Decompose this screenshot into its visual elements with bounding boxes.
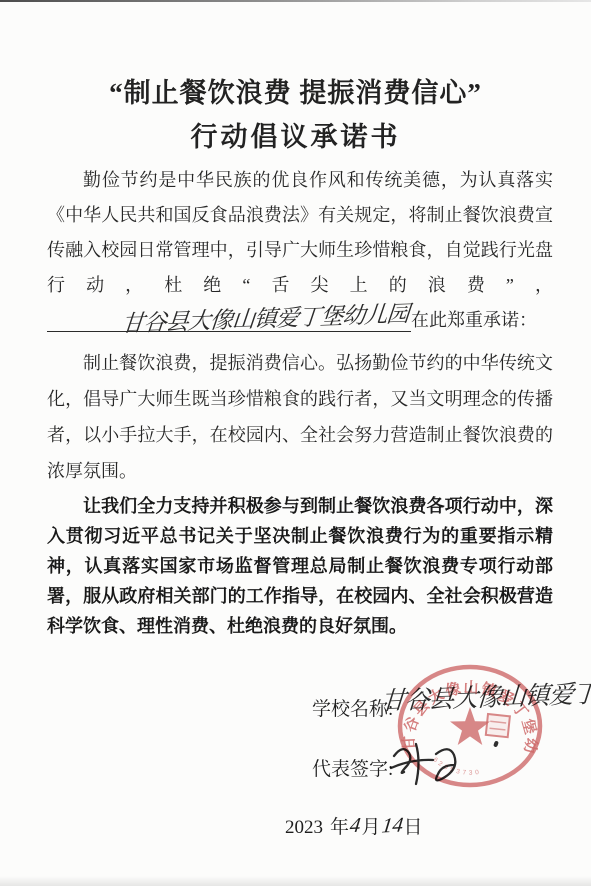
- title-line1: “制止餐饮浪费 提振消费信心”: [0, 74, 591, 112]
- seal-square-mark: [486, 714, 510, 737]
- paragraph-commitment: 制止餐饮浪费，提振消费信心。弘扬勤俭节约的中华传统文化，倡导广大师生既当珍惜粮食…: [47, 345, 553, 489]
- date-year-unit: 年: [330, 817, 349, 838]
- scan-edge-artifact-top: [0, 0, 591, 2]
- scanned-commitment-letter-page: “制止餐饮浪费 提振消费信心” 行动倡议承诺书 勤俭节约是中华民族的优良作风和传…: [0, 0, 591, 886]
- title-line2: 行动倡议承诺书: [0, 118, 591, 156]
- representative-signature-handwriting: [388, 738, 476, 790]
- scan-edge-artifact-bottom: [0, 876, 591, 886]
- date-month-handwriting: 4: [348, 813, 362, 839]
- date-day-handwriting: 14: [380, 812, 404, 838]
- representative-signature-row: 代表签字:: [312, 754, 393, 781]
- document-title: “制止餐饮浪费 提振消费信心” 行动倡议承诺书: [0, 74, 591, 156]
- paragraph1-closing: 在此郑重承诺：: [411, 310, 537, 330]
- date-year: 2023: [285, 817, 323, 838]
- date-month-unit: 月: [362, 817, 381, 838]
- school-name-handwriting-inline: 甘谷县大像山镇爱丁堡幼儿园: [84, 303, 409, 336]
- paragraph1-text: 勤俭节约是中华民族的优良作风和传统美德，为认真落实《中华人民共和国反食品浪费法》…: [47, 170, 553, 295]
- date-line: 2023年4月14日: [285, 812, 424, 839]
- school-name-blank-underline: 甘谷县大像山镇爱丁堡幼儿园: [47, 308, 411, 332]
- date-day-unit: 日: [404, 817, 423, 838]
- representative-signature-label: 代表签字:: [312, 759, 393, 780]
- paragraph-pledge-intro: 勤俭节约是中华民族的优良作风和传统美德，为认真落实《中华人民共和国反食品浪费法》…: [47, 163, 553, 338]
- paragraph-action-support: 让我们全力支持并积极参与到制止餐饮浪费各项行动中，深入贯彻习近平总书记关于坚决制…: [47, 491, 553, 641]
